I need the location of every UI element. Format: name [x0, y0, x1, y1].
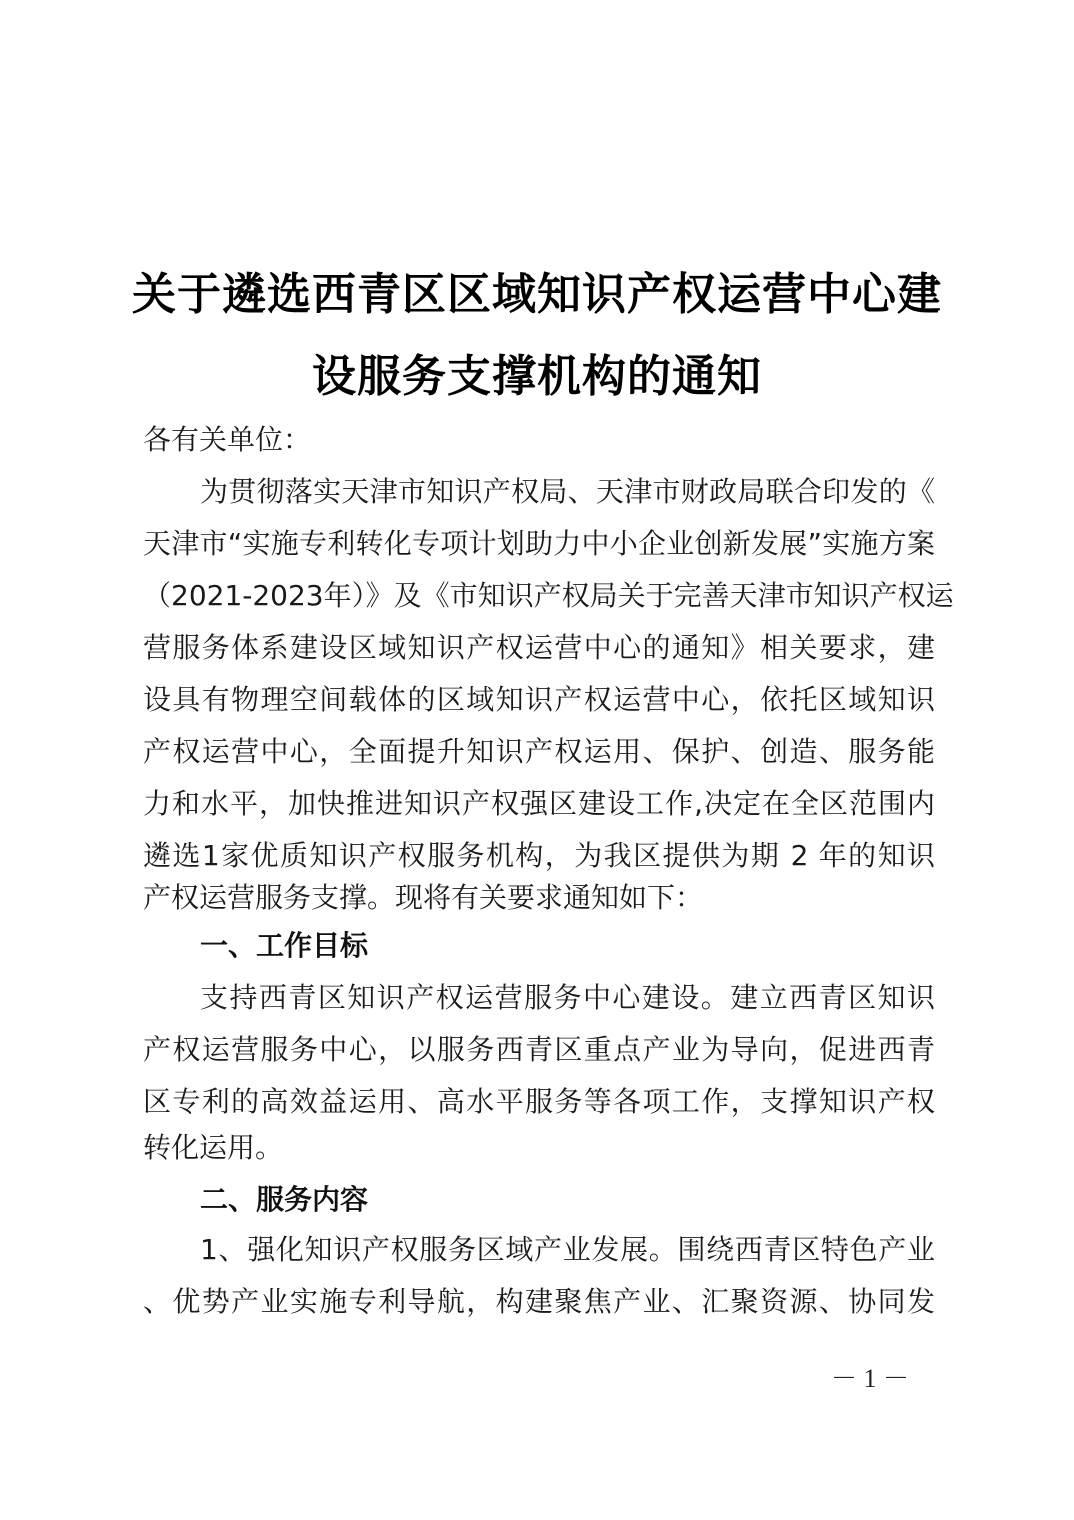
section-2-line-2: 、优势产业实施专利导航，构建聚焦产业、汇聚资源、协同发 — [143, 1284, 935, 1320]
intro-line-3: （2021-2023年）》及《市知识产权局关于完善天津市知识产权运 — [143, 578, 935, 614]
intro-line-7: 力和水平，加快推进知识产权强区建设工作,决定在全区范围内 — [143, 786, 935, 822]
section-1-line-2: 产权运营服务中心，以服务西青区重点产业为导向，促进西青 — [143, 1032, 935, 1068]
section-1-line-1: 支持西青区知识产权运营服务中心建设。建立西青区知识 — [200, 980, 935, 1016]
section-1-line-4: 转化运用。 — [143, 1130, 935, 1166]
intro-line-4: 营服务体系建设区域知识产权运营中心的通知》相关要求，建 — [143, 630, 935, 666]
salutation: 各有关单位： — [143, 422, 935, 458]
intro-line-2: 天津市“实施专利转化专项计划助力中小企业创新发展”实施方案 — [143, 526, 935, 562]
intro-line-6: 产权运营中心，全面提升知识产权运用、保护、创造、服务能 — [143, 734, 935, 770]
document-title-line-1: 关于遴选西青区区域知识产权运营中心建 — [0, 258, 1074, 322]
document-title-line-2: 设服务支撑机构的通知 — [0, 340, 1074, 404]
section-heading-work-goals: 一、工作目标 — [200, 928, 368, 964]
document-page: 关于遴选西青区区域知识产权运营中心建 设服务支撑机构的通知 各有关单位： 为贯彻… — [0, 0, 1074, 1520]
intro-line-8: 遴选1家优质知识产权服务机构，为我区提供为期 2 年的知识 — [143, 838, 935, 874]
section-heading-service-content: 二、服务内容 — [200, 1182, 368, 1218]
intro-line-9: 产权运营服务支撑。现将有关要求通知如下： — [143, 880, 935, 916]
intro-line-5: 设具有物理空间载体的区域知识产权运营中心，依托区域知识 — [143, 682, 935, 718]
intro-line-1: 为贯彻落实天津市知识产权局、天津市财政局联合印发的《 — [200, 474, 935, 510]
section-2-line-1: 1、强化知识产权服务区域产业发展。围绕西青区特色产业 — [200, 1232, 935, 1268]
page-number: － 1 － — [830, 1358, 910, 1395]
section-1-line-3: 区专利的高效益运用、高水平服务等各项工作，支撑知识产权 — [143, 1084, 935, 1120]
